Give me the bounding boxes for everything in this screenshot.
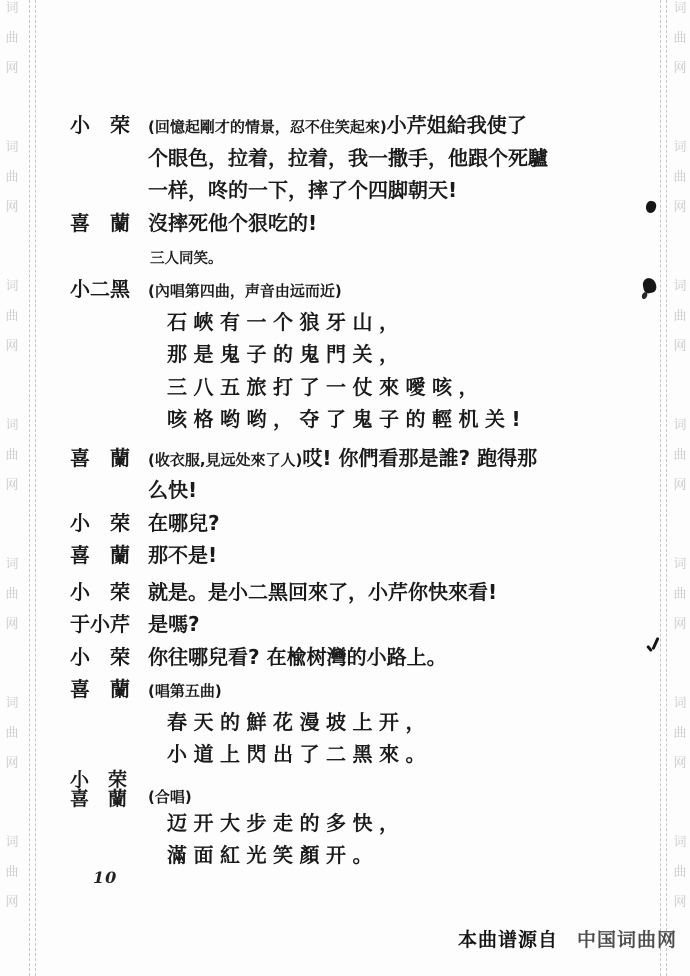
- dialogue-text: 你往哪兒看? 在楡树灣的小路上。: [148, 645, 447, 669]
- watermark-char: 词: [671, 419, 689, 433]
- lyric-text: 那是鬼子的鬼門关，: [167, 342, 406, 366]
- line-content: 在哪兒?: [148, 510, 650, 536]
- ink-blot: [642, 277, 658, 294]
- ink-blot: [648, 637, 659, 652]
- script-line: 石峽有一个狼牙山，: [0, 309, 650, 342]
- line-content: 就是。是小二黑回來了，小芹你快來看!: [148, 579, 650, 605]
- lyric-text: 小道上閃出了二黑來。: [167, 742, 432, 766]
- script-line: 喜 蘭(收衣服,見远处來了人)哎! 你們看那是誰? 跑得那: [0, 445, 650, 478]
- lyric-text: 滿面紅光笑顏开。: [167, 843, 379, 867]
- lyric-text: 咳格哟哟，夺了鬼子的輕机关!: [167, 407, 527, 431]
- line-content: 三人同笑。: [150, 246, 650, 269]
- watermark-char: 词: [671, 697, 689, 711]
- watermark-char: 网: [671, 340, 689, 354]
- footer-site-name: 中国词曲网: [577, 925, 677, 952]
- script-line: 喜 蘭沒摔死他个狠吃的!: [0, 210, 650, 243]
- right-margin-dashed-line: [666, 0, 667, 976]
- speaker-name: 喜 蘭: [70, 676, 140, 702]
- script-line: 喜 蘭那不是!: [0, 542, 650, 575]
- script-line: 小 荣喜 蘭(合唱): [0, 774, 650, 810]
- line-content: 么快!: [148, 477, 650, 503]
- line-content: 迈开大步走的多快，: [167, 810, 650, 836]
- speaker-name: 于小芹: [70, 611, 140, 637]
- line-content: 沒摔死他个狠吃的!: [148, 210, 650, 236]
- line-content: 春天的鮮花漫坡上开，: [167, 709, 650, 735]
- footer-credit-prefix: 本曲谱源自: [458, 925, 558, 952]
- line-content: (唱第五曲): [148, 676, 650, 704]
- dialogue-text: 哎! 你們看那是誰? 跑得那: [302, 446, 537, 470]
- line-content: 滿面紅光笑顏开。: [167, 842, 650, 868]
- script-body: 小 荣(回憶起剛才的情景，忍不住笑起來)小芹姐給我使了个眼色，拉着，拉着，我一撒…: [0, 112, 650, 875]
- speaker-name: 小 荣: [70, 510, 140, 536]
- watermark-char: 网: [671, 618, 689, 632]
- watermark-char: 曲: [671, 727, 689, 741]
- watermark-char: 词: [671, 280, 689, 294]
- watermark-char: 曲: [3, 32, 21, 46]
- page-number: 10: [93, 868, 117, 887]
- lyric-text: 春天的鮮花漫坡上开，: [167, 710, 432, 734]
- line-content: 个眼色，拉着，拉着，我一撒手，他跟个死驢: [148, 145, 650, 171]
- dialogue-text: 小芹姐給我使了: [387, 113, 527, 137]
- script-line: 一样，咚的一下，摔了个四脚朝天!: [0, 177, 650, 210]
- watermark-char: 词: [671, 2, 689, 16]
- dialogue-text: 个眼色，拉着，拉着，我一撒手，他跟个死驢: [148, 146, 548, 170]
- duet-speakers: 小 荣喜 蘭: [70, 771, 140, 809]
- script-line: 么快!: [0, 477, 650, 510]
- watermark-char: 网: [671, 757, 689, 771]
- watermark-column-right: 词曲网词曲网词曲网词曲网词曲网词曲网词曲网: [671, 0, 689, 976]
- line-content: (收衣服,見远处來了人)哎! 你們看那是誰? 跑得那: [148, 445, 650, 473]
- speaker-name: 喜 蘭: [70, 210, 140, 236]
- stage-direction-paren: (回憶起剛才的情景，忍不住笑起來): [148, 118, 387, 136]
- watermark-char: 曲: [671, 866, 689, 880]
- watermark-char: 网: [671, 896, 689, 910]
- watermark-char: 曲: [671, 588, 689, 602]
- dialogue-text: 那不是!: [148, 543, 217, 567]
- watermark-char: 网: [671, 62, 689, 76]
- speaker-name: 小 荣: [70, 771, 140, 790]
- dialogue-text: 就是。是小二黑回來了，小芹你快來看!: [148, 580, 497, 604]
- speaker-name: 喜 蘭: [70, 542, 140, 568]
- line-content: 那不是!: [148, 542, 650, 568]
- line-content: 咳格哟哟，夺了鬼子的輕机关!: [167, 406, 650, 432]
- dialogue-text: 沒摔死他个狠吃的!: [148, 211, 317, 235]
- watermark-char: 词: [671, 558, 689, 572]
- right-margin-dashed-line: [660, 0, 661, 976]
- script-line: 小 荣你往哪兒看? 在楡树灣的小路上。: [0, 644, 650, 677]
- script-line: 春天的鮮花漫坡上开，: [0, 709, 650, 742]
- script-line: 喜 蘭(唱第五曲): [0, 676, 650, 709]
- lyric-text: 迈开大步走的多快，: [167, 811, 406, 835]
- line-content: 小道上閃出了二黑來。: [167, 741, 650, 767]
- line-content: 一样，咚的一下，摔了个四脚朝天!: [148, 177, 650, 203]
- dialogue-text: 一样，咚的一下，摔了个四脚朝天!: [148, 178, 457, 202]
- lyric-text: 三八五旅打了一仗來噯咳，: [167, 375, 485, 399]
- line-content: 是嗎?: [148, 611, 650, 637]
- watermark-char: 网: [3, 62, 21, 76]
- script-line: 小二黑(內唱第四曲，声音由远而近): [0, 276, 650, 309]
- dialogue-text: 在哪兒?: [148, 511, 220, 535]
- stage-direction-paren: (收衣服,見远处來了人): [148, 451, 302, 469]
- line-content: (回憶起剛才的情景，忍不住笑起來)小芹姐給我使了: [148, 112, 650, 140]
- stage-direction-paren: (內唱第四曲，声音由远而近): [148, 282, 342, 300]
- line-content: 石峽有一个狼牙山，: [167, 309, 650, 335]
- script-line: 个眼色，拉着，拉着，我一撒手，他跟个死驢: [0, 145, 650, 178]
- script-line: 咳格哟哟，夺了鬼子的輕机关!: [0, 406, 650, 439]
- watermark-char: 词: [671, 836, 689, 850]
- speaker-name: 小二黑: [70, 276, 140, 302]
- script-line: 三人同笑。: [0, 246, 650, 276]
- line-content: 你往哪兒看? 在楡树灣的小路上。: [148, 644, 650, 670]
- watermark-char: 网: [3, 896, 21, 910]
- speaker-name: 小 荣: [70, 644, 140, 670]
- line-content: (合唱): [148, 774, 650, 810]
- script-line: 那是鬼子的鬼門关，: [0, 341, 650, 374]
- ink-blot: [645, 200, 657, 214]
- line-content: (內唱第四曲，声音由远而近): [148, 276, 650, 304]
- script-line: 于小芹是嗎?: [0, 611, 650, 644]
- stage-direction-paren: (合唱): [148, 788, 192, 806]
- line-content: 那是鬼子的鬼門关，: [167, 341, 650, 367]
- watermark-char: 词: [3, 2, 21, 16]
- dialogue-text: 么快!: [148, 478, 197, 502]
- script-line: 迈开大步走的多快，: [0, 810, 650, 843]
- speaker-name: 喜 蘭: [70, 445, 140, 471]
- watermark-char: 网: [671, 479, 689, 493]
- watermark-char: 曲: [671, 171, 689, 185]
- watermark-char: 曲: [671, 32, 689, 46]
- watermark-char: 曲: [671, 310, 689, 324]
- watermark-char: 词: [671, 141, 689, 155]
- lyric-text: 石峽有一个狼牙山，: [167, 310, 406, 334]
- dialogue-text: 是嗎?: [148, 612, 200, 636]
- speaker-name: 小 荣: [70, 579, 140, 605]
- speaker-name: 小 荣: [70, 112, 140, 138]
- speaker-name: 喜 蘭: [70, 790, 140, 809]
- script-line: 三八五旅打了一仗來噯咳，: [0, 374, 650, 407]
- stage-direction-paren: (唱第五曲): [148, 682, 222, 700]
- stage-text: 三人同笑。: [150, 251, 223, 267]
- script-line: 小 荣就是。是小二黑回來了，小芹你快來看!: [0, 579, 650, 612]
- script-line: 小 荣(回憶起剛才的情景，忍不住笑起來)小芹姐給我使了: [0, 112, 650, 145]
- watermark-char: 网: [671, 201, 689, 215]
- watermark-char: 曲: [671, 449, 689, 463]
- scanned-script-page: 词曲网词曲网词曲网词曲网词曲网词曲网词曲网 词曲网词曲网词曲网词曲网词曲网词曲网…: [0, 0, 690, 976]
- script-line: 小 荣在哪兒?: [0, 510, 650, 543]
- footer-credit: 本曲谱源自 中国词曲网: [458, 925, 677, 952]
- line-content: 三八五旅打了一仗來噯咳，: [167, 374, 650, 400]
